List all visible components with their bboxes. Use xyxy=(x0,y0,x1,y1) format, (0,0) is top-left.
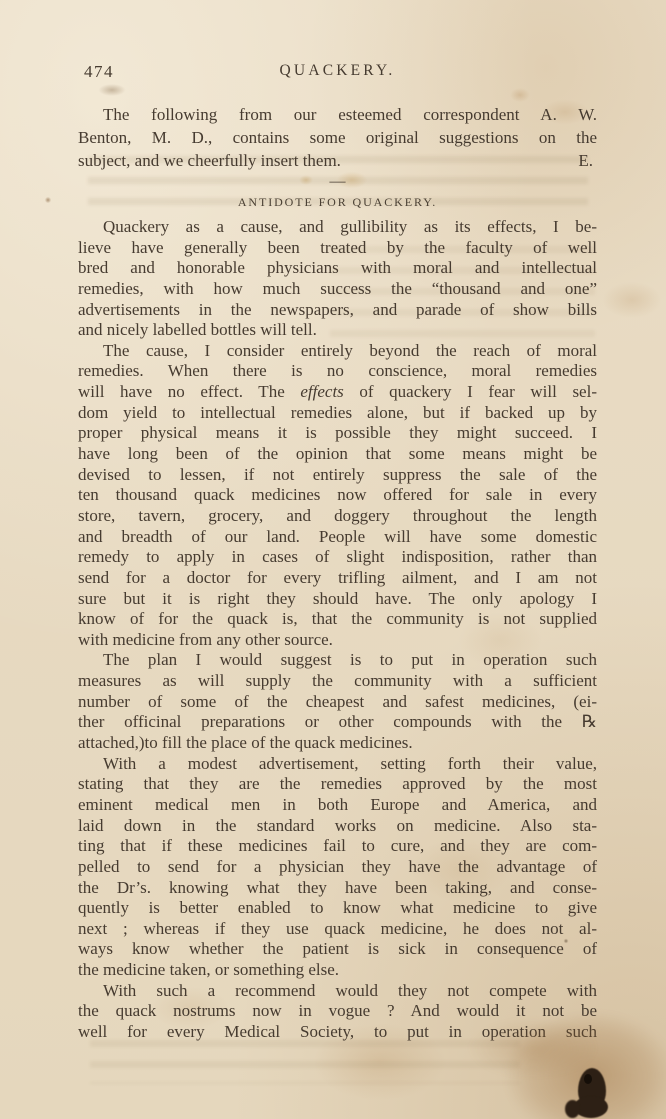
text-line: bred and honorable physicians with moral… xyxy=(78,258,597,279)
running-header: QUACKERY. xyxy=(78,62,597,80)
text-line: subject, and we cheerfully insert them. … xyxy=(78,149,597,172)
ink-blot xyxy=(578,1068,606,1110)
text-line: and breadth of our land. People will hav… xyxy=(78,527,597,548)
paragraph-1: Quackery as a cause, and gullibility as … xyxy=(78,217,597,341)
editor-initial: E. xyxy=(578,149,597,172)
text-line: ting that if these medicines fail to cur… xyxy=(78,836,597,857)
text-line: ther officinal preparations or other com… xyxy=(78,712,597,733)
paragraph-4: With a modest advertisement, setting for… xyxy=(78,754,597,981)
text-line: remedies. When there is no conscience, m… xyxy=(78,361,597,382)
section-divider: — xyxy=(78,172,597,192)
paragraph-3: The plan I would suggest is to put in op… xyxy=(78,650,597,753)
text-line: eminent medical men in both Europe and A… xyxy=(78,795,597,816)
text-segment: of quackery I fear will sel- xyxy=(344,382,597,401)
text-line-text: subject, and we cheerfully insert them. xyxy=(78,149,341,172)
text-line: the Dr’s. knowing what they have been ta… xyxy=(78,878,597,899)
show-through-smudge xyxy=(90,1040,520,1084)
text-line: devised to lessen, if not entirely suppr… xyxy=(78,465,597,486)
ink-blot xyxy=(574,1096,608,1118)
text-line: Benton, M. D., contains some original su… xyxy=(78,126,597,149)
text-line: the quack nostrums now in vogue ? And wo… xyxy=(78,1001,597,1022)
paragraph-2: The cause, I consider entirely beyond th… xyxy=(78,341,597,651)
text-line: stating that they are the remedies appro… xyxy=(78,774,597,795)
text-line: the medicine taken, or something else. xyxy=(78,960,597,981)
divider-dash: — xyxy=(330,173,346,190)
book-page: 474 QUACKERY. The following from our est… xyxy=(0,0,666,1119)
text-line: quently is better enabled to know what m… xyxy=(78,898,597,919)
text-line: ways know whether the patient is sick in… xyxy=(78,939,597,960)
text-line: will have no effect. The effects of quac… xyxy=(78,382,597,403)
text-line: advertisements in the newspapers, and pa… xyxy=(78,300,597,321)
text-line: proper physical means it is possible the… xyxy=(78,423,597,444)
page-header: 474 QUACKERY. xyxy=(78,62,597,84)
text-line: and nicely labelled bottles will tell. xyxy=(78,320,597,341)
text-line: With such a recommend would they not com… xyxy=(78,981,597,1002)
text-line: dom yield to intellectual remedies alone… xyxy=(78,403,597,424)
text-line: The following from our esteemed correspo… xyxy=(78,103,597,126)
italic-word: effects xyxy=(300,382,343,401)
text-line: number of some of the cheapest and safes… xyxy=(78,692,597,713)
text-line: have long been of the opinion that some … xyxy=(78,444,597,465)
text-line: next ; whereas if they use quack medicin… xyxy=(78,919,597,940)
article-body: Quackery as a cause, and gullibility as … xyxy=(78,217,597,1043)
text-line: measures as will supply the community wi… xyxy=(78,671,597,692)
text-line: laid down in the standard works on medic… xyxy=(78,816,597,837)
text-segment: will have no effect. The xyxy=(78,382,300,401)
text-line: The plan I would suggest is to put in op… xyxy=(78,650,597,671)
text-line: well for every Medical Society, to put i… xyxy=(78,1022,597,1043)
text-line: remedy to apply in cases of slight indis… xyxy=(78,547,597,568)
text-line: sure but it is right they should have. T… xyxy=(78,589,597,610)
text-line: with medicine from any other source. xyxy=(78,630,597,651)
ink-blot xyxy=(565,1100,580,1118)
text-line: With a modest advertisement, setting for… xyxy=(78,754,597,775)
ink-blot-core xyxy=(584,1074,592,1084)
text-line: lieve have generally been treated by the… xyxy=(78,238,597,259)
text-line: store, tavern, grocery, and doggery thro… xyxy=(78,506,597,527)
text-line: attached,)to fill the place of the quack… xyxy=(78,733,597,754)
text-line: send for a doctor for every trifling ail… xyxy=(78,568,597,589)
text-line: Quackery as a cause, and gullibility as … xyxy=(78,217,597,238)
text-line: know of for the quack is, that the commu… xyxy=(78,609,597,630)
editor-note: The following from our esteemed correspo… xyxy=(78,103,597,173)
text-line: pelled to send for a physician they have… xyxy=(78,857,597,878)
paragraph-5: With such a recommend would they not com… xyxy=(78,981,597,1043)
text-line: remedies, with how much success the “tho… xyxy=(78,279,597,300)
section-heading: ANTIDOTE FOR QUACKERY. xyxy=(78,195,597,210)
text-line: The cause, I consider entirely beyond th… xyxy=(78,341,597,362)
text-line: ten thousand quack medicines now offered… xyxy=(78,485,597,506)
